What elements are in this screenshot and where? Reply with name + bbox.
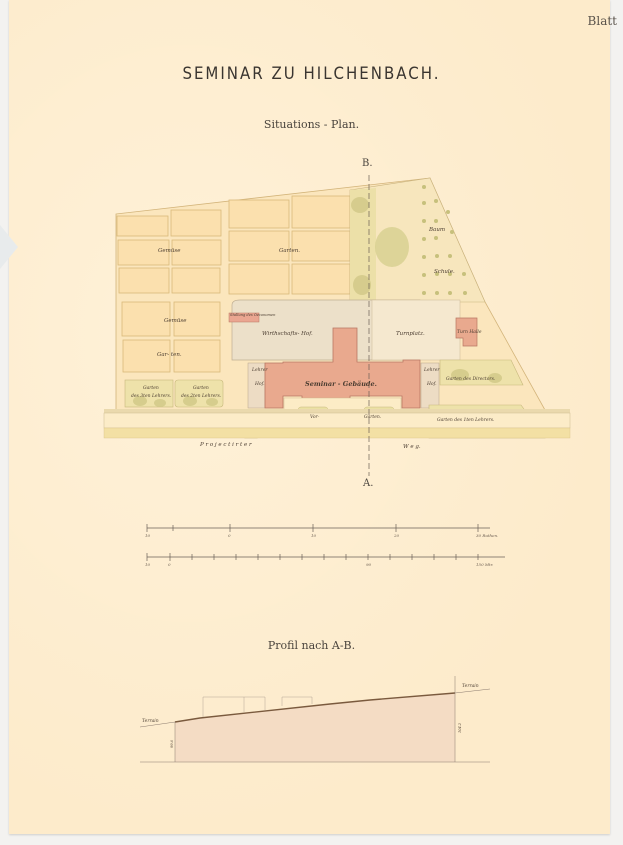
meter-tick-zero: 0 <box>168 562 171 567</box>
label-lehrer-hof-right-2: Hof. <box>427 382 437 387</box>
profile-title: Profil nach A-B. <box>0 639 623 652</box>
label-vorgarten-1: Vor- <box>310 415 319 420</box>
ruthen-tick-zero: 0 <box>228 533 231 538</box>
site-plan-drawing <box>0 0 623 845</box>
label-lehrer-hof-left-1: Lehrer <box>252 368 268 373</box>
label-turnplatz: Turnplatz. <box>396 331 425 337</box>
profile-terrain-right: Terrain <box>462 684 479 689</box>
profile-terrain-left: Terrain <box>142 719 159 724</box>
label-garten-2-lehrer-1: Garten <box>193 386 209 391</box>
section-marker-a: A. <box>363 478 373 489</box>
label-gemuese-top: Gemüse <box>158 248 180 254</box>
label-garten-top: Garten. <box>279 248 300 254</box>
ruthen-tick-start: 10 <box>145 533 150 538</box>
label-stallung: Stallung des Oeconomen <box>230 313 275 317</box>
projected-road <box>104 413 570 428</box>
section-marker-b: B. <box>362 158 373 169</box>
label-garten-3-lehrer-1: Garten <box>143 386 159 391</box>
profile-height-left: 99.6 <box>170 740 174 748</box>
label-weg-2: W e g. <box>403 444 421 450</box>
label-baumschule-1: Baum <box>429 227 445 233</box>
ruthen-tick-20: 20 <box>394 533 399 538</box>
label-garten-3-lehrer-2: des 3ten Lehrers. <box>131 394 171 399</box>
label-garten-2-lehrer-2: des 2ten Lehrers. <box>181 394 221 399</box>
label-garten-1-lehrer: Garten des 1ten Lehrers. <box>437 418 494 423</box>
profile-section <box>175 693 455 762</box>
scale-bars <box>147 524 505 561</box>
label-baumschule-2: Schule. <box>434 269 455 275</box>
profile-height-right: 104.2 <box>458 723 462 733</box>
meter-tick-90: 90 <box>366 562 371 567</box>
label-garten-mid: Gar- ten. <box>157 352 182 358</box>
label-weg-1: P r o j e c t i r t e r <box>200 442 252 448</box>
meter-tick-end: 150 Mtr. <box>476 562 493 567</box>
label-turnhalle: Turn Halle <box>457 330 482 335</box>
label-wirthschafts-hof: Wirthschafts- Hof. <box>262 331 313 337</box>
label-gemuese-mid: Gemüse <box>164 318 186 324</box>
label-seminar-gebaeude: Seminar - Gebäude. <box>305 380 377 388</box>
ruthen-tick-30: 30 Ruthen. <box>476 533 498 538</box>
label-vorgarten-2: Garten. <box>364 415 381 420</box>
label-lehrer-hof-left-2: Hof. <box>255 382 265 387</box>
label-garten-direktor: Garten des Directors. <box>446 377 495 382</box>
ruthen-tick-10: 10 <box>311 533 316 538</box>
label-lehrer-hof-right-1: Lehrer <box>424 368 440 373</box>
meter-tick-start: 10 <box>145 562 150 567</box>
